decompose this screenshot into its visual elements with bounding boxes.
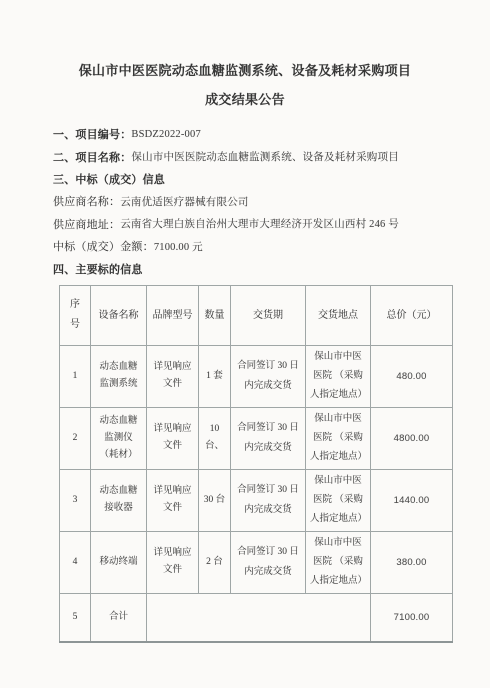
table-cell: 4800.00 bbox=[371, 407, 453, 469]
table-cell: 保山市中医医院 （采购人指定地点） bbox=[306, 531, 371, 593]
table-cell: 保山市中医医院 （采购人指定地点） bbox=[306, 345, 371, 407]
project-name-line: 二、项目名称：保山市中医医院动态血糖监测系统、设备及耗材采购项目 bbox=[53, 145, 460, 167]
table-cell: 合同签订 30 日内完成交货 bbox=[231, 469, 306, 531]
table-cell: 10 台、 bbox=[199, 407, 231, 469]
table-cell: 1 套 bbox=[199, 345, 231, 407]
supplier-address-value: 云南省大理白族自治州大理市大理经济开发区山西村 246 号 bbox=[120, 216, 399, 231]
table-cell: 7100.00 bbox=[371, 593, 453, 642]
supplier-name-value: 云南优适医疗器械有限公司 bbox=[120, 194, 248, 209]
supplier-name-label: 供应商名称： bbox=[53, 193, 120, 209]
table-row: 2动态血糖监测仪（耗材）详见响应文件10 台、合同签订 30 日内完成交货保山市… bbox=[60, 407, 453, 469]
award-info-heading: 三、中标（成交）信息 bbox=[53, 168, 460, 190]
table-cell: 3 bbox=[60, 469, 91, 531]
table-row: 4移动终端详见响应文件2 台合同签订 30 日内完成交货保山市中医医院 （采购人… bbox=[60, 531, 453, 593]
items-table: 序号设备名称品牌型号数量交货期交货地点总价（元） 1动态血糖监测系统详见响应文件… bbox=[59, 285, 453, 644]
table-header-cell: 数量 bbox=[199, 285, 231, 345]
table-cell: 480.00 bbox=[371, 345, 453, 407]
table-header-cell: 总价（元） bbox=[371, 285, 453, 345]
project-name-value: 保山市中医医院动态血糖监测系统、设备及耗材采购项目 bbox=[131, 149, 399, 164]
table-cell: 移动终端 bbox=[91, 531, 147, 593]
project-number-line: 一、项目编号：BSDZ2022-007 bbox=[53, 123, 460, 145]
award-amount-value: 7100.00 元 bbox=[154, 239, 203, 254]
table-row: 3动态血糖接收器详见响应文件30 台合同签订 30 日内完成交货保山市中医医院 … bbox=[60, 469, 453, 531]
table-cell: 4 bbox=[60, 531, 91, 593]
table-cell: 保山市中医医院 （采购人指定地点） bbox=[306, 407, 371, 469]
award-amount-label: 中标（成交）金额： bbox=[53, 238, 154, 254]
table-cell: 合同签订 30 日内完成交货 bbox=[231, 407, 306, 469]
table-cell: 详见响应文件 bbox=[147, 469, 199, 531]
document-page: 保山市中医医院动态血糖监测系统、设备及耗材采购项目 成交结果公告 一、项目编号：… bbox=[0, 0, 490, 688]
table-cell: 动态血糖接收器 bbox=[91, 469, 147, 531]
table-cell: 30 台 bbox=[199, 469, 231, 531]
items-table-body: 1动态血糖监测系统详见响应文件1 套合同签订 30 日内完成交货保山市中医医院 … bbox=[60, 345, 453, 642]
main-subject-heading: 四、主要标的信息 bbox=[53, 257, 460, 279]
table-header-cell: 序号 bbox=[60, 285, 91, 345]
table-cell: 合同签订 30 日内完成交货 bbox=[231, 531, 306, 593]
table-cell: 详见响应文件 bbox=[147, 531, 199, 593]
table-cell: 1440.00 bbox=[371, 469, 453, 531]
table-cell: 详见响应文件 bbox=[147, 345, 199, 407]
table-cell: 2 bbox=[60, 407, 91, 469]
main-subject-label: 四、主要标的信息 bbox=[53, 261, 143, 277]
award-info-label: 三、中标（成交）信息 bbox=[53, 171, 165, 187]
supplier-address-line: 供应商地址：云南省大理白族自治州大理市大理经济开发区山西村 246 号 bbox=[53, 213, 460, 235]
table-cell: 合计 bbox=[91, 593, 147, 642]
doc-title: 保山市中医医院动态血糖监测系统、设备及耗材采购项目 成交结果公告 bbox=[0, 0, 490, 114]
table-row: 5合计7100.00 bbox=[60, 593, 453, 642]
award-amount-line: 中标（成交）金额：7100.00 元 bbox=[53, 235, 460, 257]
table-cell: 2 台 bbox=[199, 531, 231, 593]
table-header-row: 序号设备名称品牌型号数量交货期交货地点总价（元） bbox=[60, 285, 453, 345]
table-cell: 5 bbox=[60, 593, 91, 642]
table-cell: 详见响应文件 bbox=[147, 407, 199, 469]
table-header-cell: 设备名称 bbox=[91, 285, 147, 345]
doc-body-lines: 一、项目编号：BSDZ2022-007 二、项目名称：保山市中医医院动态血糖监测… bbox=[0, 123, 490, 280]
table-header-cell: 品牌型号 bbox=[147, 285, 199, 345]
doc-title-line1: 保山市中医医院动态血糖监测系统、设备及耗材采购项目 bbox=[0, 56, 490, 85]
project-number-label: 一、项目编号： bbox=[53, 126, 131, 142]
table-row: 1动态血糖监测系统详见响应文件1 套合同签订 30 日内完成交货保山市中医医院 … bbox=[60, 345, 453, 407]
table-header-cell: 交货地点 bbox=[306, 285, 371, 345]
table-cell: 1 bbox=[60, 345, 91, 407]
doc-title-line2: 成交结果公告 bbox=[0, 85, 490, 114]
supplier-name-line: 供应商名称：云南优适医疗器械有限公司 bbox=[53, 190, 460, 212]
table-cell: 合同签订 30 日内完成交货 bbox=[231, 345, 306, 407]
table-header-cell: 交货期 bbox=[231, 285, 306, 345]
table-cell: 保山市中医医院 （采购人指定地点） bbox=[306, 469, 371, 531]
supplier-address-label: 供应商地址： bbox=[53, 216, 120, 232]
table-cell: 动态血糖监测系统 bbox=[91, 345, 147, 407]
table-cell: 380.00 bbox=[371, 531, 453, 593]
project-name-label: 二、项目名称： bbox=[53, 149, 131, 165]
project-number-value: BSDZ2022-007 bbox=[131, 129, 201, 140]
table-cell bbox=[147, 593, 371, 642]
table-cell: 动态血糖监测仪（耗材） bbox=[91, 407, 147, 469]
